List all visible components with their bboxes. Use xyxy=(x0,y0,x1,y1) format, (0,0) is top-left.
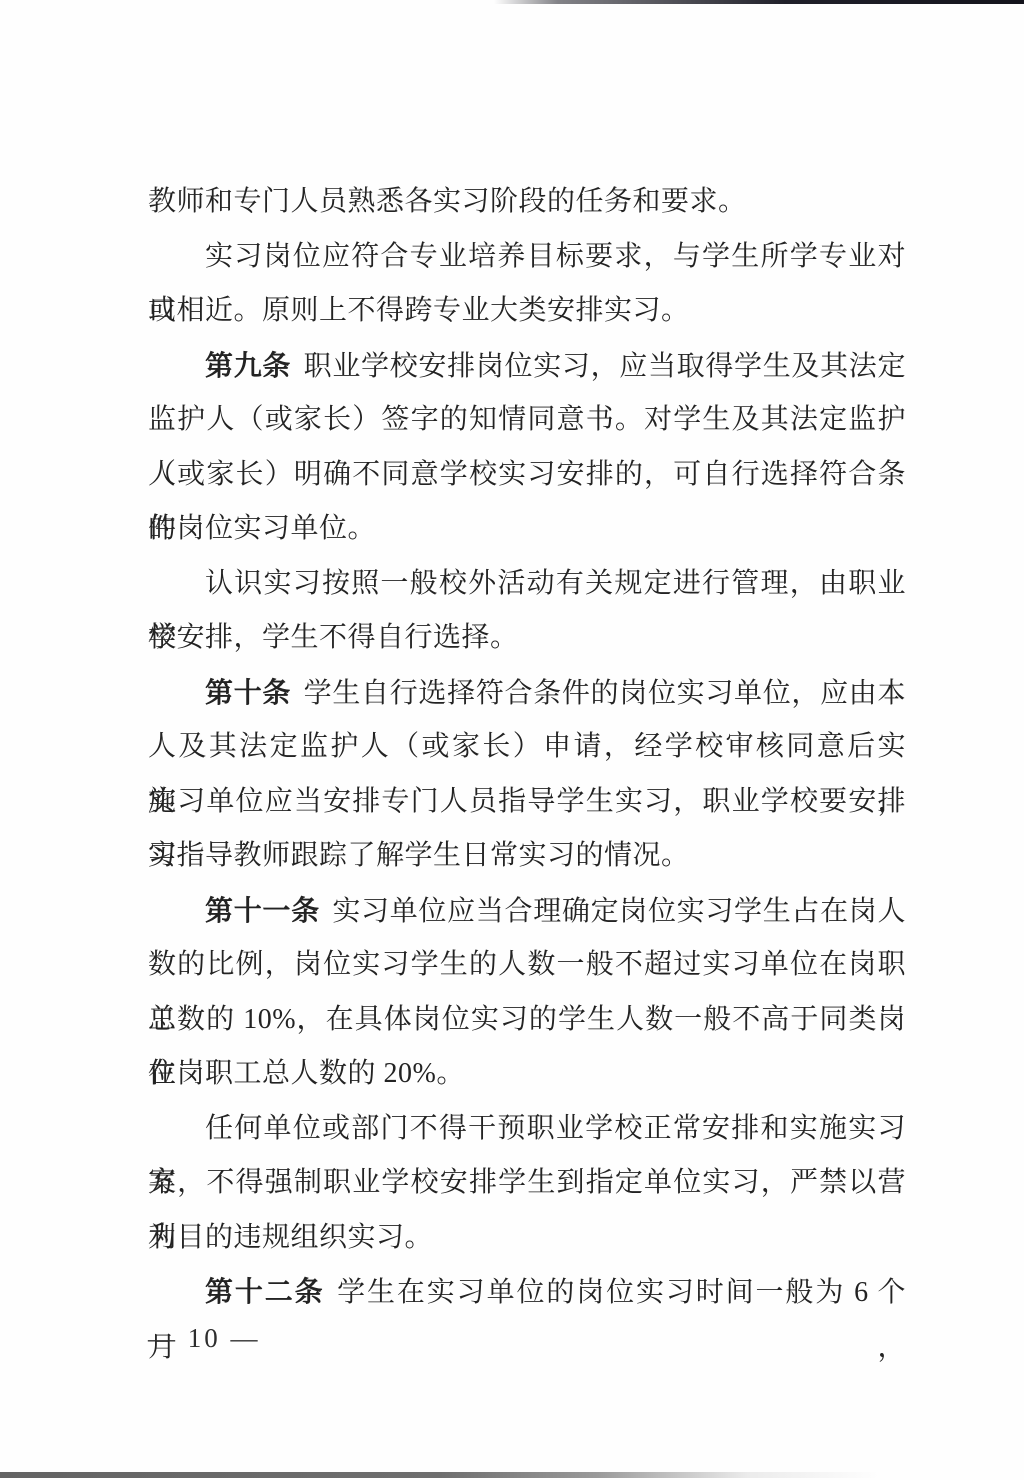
text-line: 为目的违规组织实习。 xyxy=(148,1211,906,1266)
text-line: 或相近。原则上不得跨专业大类安排实习。 xyxy=(148,284,906,339)
text-line: 任何单位或部门不得干预职业学校正常安排和实施实习方 xyxy=(148,1102,906,1157)
text-line: 第十一条实习单位应当合理确定岗位实习学生占在岗人 xyxy=(148,884,906,939)
text-line: 校安排，学生不得自行选择。 xyxy=(148,611,906,666)
text-line: （或家长）明确不同意学校实习安排的，可自行选择符合条件 xyxy=(148,448,906,503)
document-page: 教师和专门人员熟悉各实习阶段的任务和要求。实习岗位应符合专业培养目标要求，与学生… xyxy=(0,0,1024,1480)
text-line: 教师和专门人员熟悉各实习阶段的任务和要求。 xyxy=(148,175,906,230)
article-number: 第十一条 xyxy=(205,895,320,926)
text-line: 监护人（或家长）签字的知情同意书。对学生及其法定监护人 xyxy=(148,393,906,448)
text-line: 实习岗位应符合专业培养目标要求，与学生所学专业对口 xyxy=(148,230,906,285)
text-line: 习指导教师跟踪了解学生日常实习的情况。 xyxy=(148,829,906,884)
article-number: 第十二条 xyxy=(205,1276,325,1307)
scan-artifact-top-edge xyxy=(494,0,1024,4)
text-line: 案，不得强制职业学校安排学生到指定单位实习，严禁以营利 xyxy=(148,1156,906,1211)
text-line: 总数的 10%，在具体岗位实习的学生人数一般不高于同类岗位 xyxy=(148,993,906,1048)
text-line: 认识实习按照一般校外活动有关规定进行管理，由职业学 xyxy=(148,557,906,612)
text-line: 的岗位实习单位。 xyxy=(148,502,906,557)
text-line: 第九条职业学校安排岗位实习，应当取得学生及其法定 xyxy=(148,339,906,394)
text-line: 在岗职工总人数的 20%。 xyxy=(148,1047,906,1102)
text-line: 人及其法定监护人（或家长）申请，经学校审核同意后实施， xyxy=(148,720,906,775)
page-number: — 10 — xyxy=(148,1318,261,1358)
article-number: 第九条 xyxy=(205,350,291,381)
article-number: 第十条 xyxy=(205,677,291,708)
text-line: 实习单位应当安排专门人员指导学生实习，职业学校要安排实 xyxy=(148,775,906,830)
text-line: 第十条学生自行选择符合条件的岗位实习单位，应由本 xyxy=(148,666,906,721)
document-text-block: 教师和专门人员熟悉各实习阶段的任务和要求。实习岗位应符合专业培养目标要求，与学生… xyxy=(148,175,906,1320)
text-line: 数的比例，岗位实习学生的人数一般不超过实习单位在岗职工 xyxy=(148,938,906,993)
scan-artifact-bottom-edge xyxy=(0,1472,880,1478)
text-line: 第十二条学生在实习单位的岗位实习时间一般为 6 个月， xyxy=(148,1265,906,1320)
